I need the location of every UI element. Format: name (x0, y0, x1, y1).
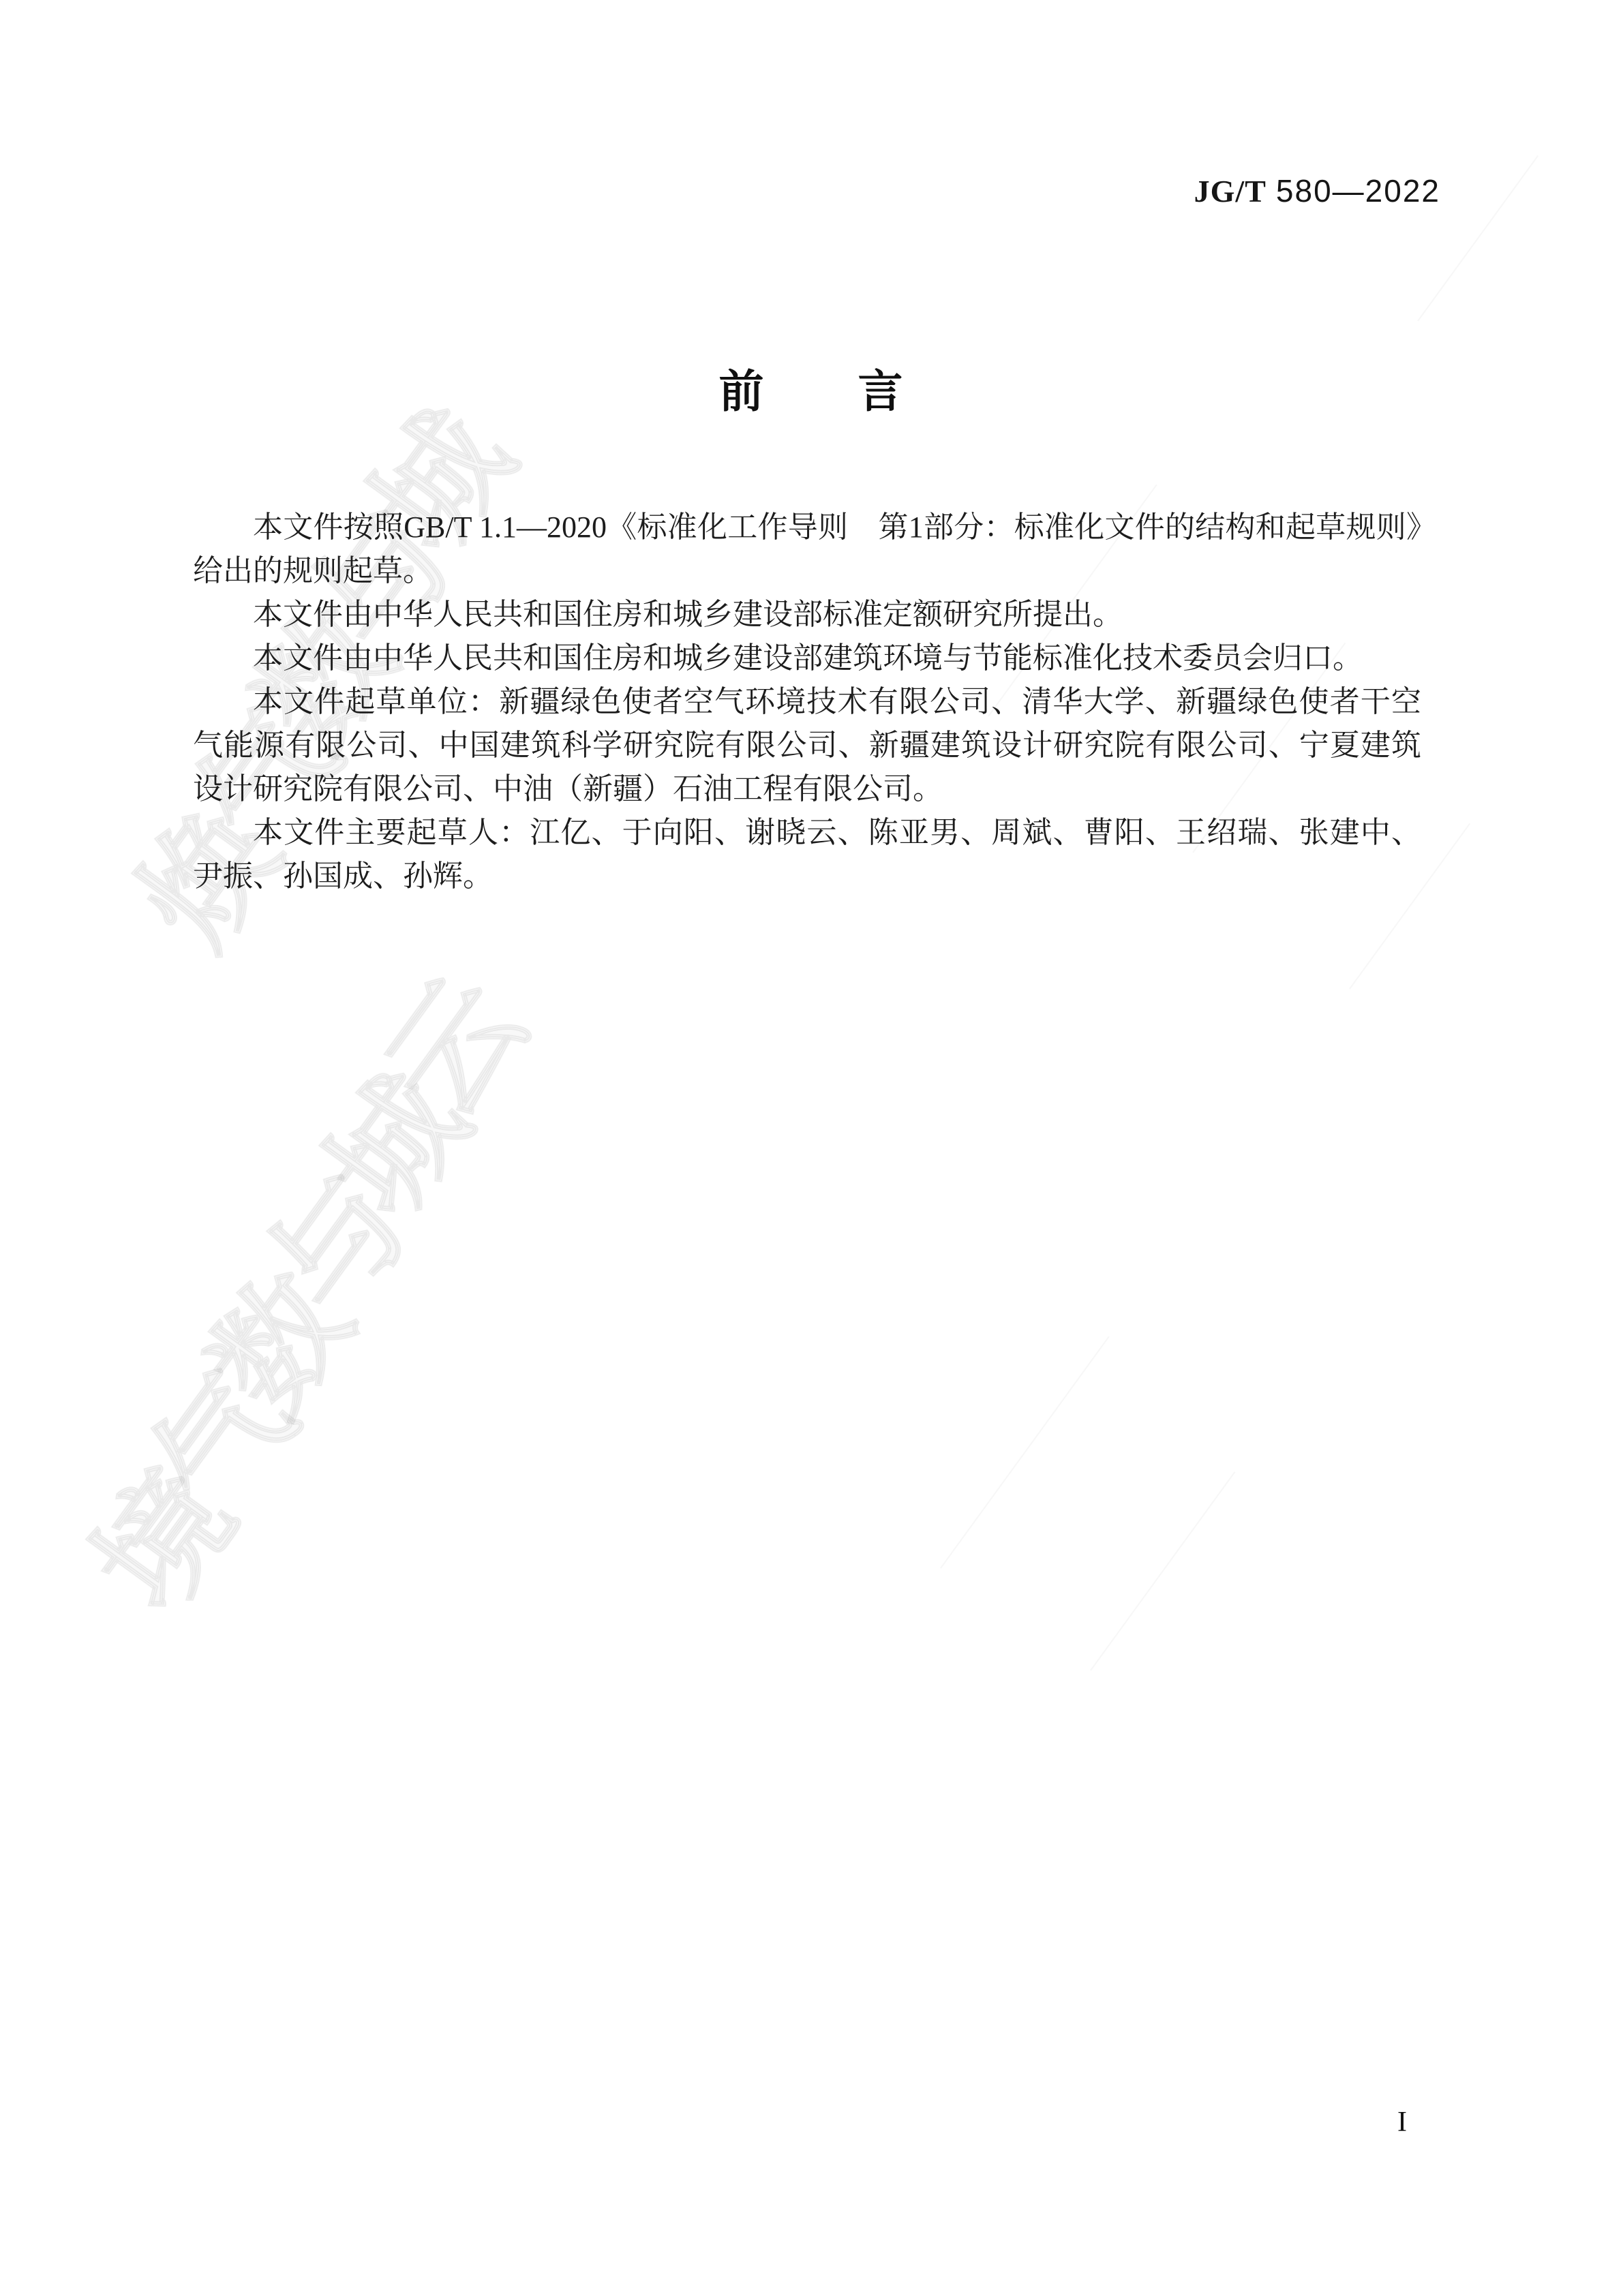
standard-code-number: 580—2022 (1276, 173, 1440, 209)
paragraph-under-committee: 本文件由中华人民共和国住房和城乡建设部建筑环境与节能标准化技术委员会归口。 (193, 637, 1421, 680)
paragraph-main-drafters: 本文件主要起草人：江亿、于向阳、谢晓云、陈亚男、周斌、曹阳、王绍瑞、张建中、尹振… (193, 811, 1421, 898)
watermark-stroke (940, 1336, 1109, 1569)
watermark-character: 云 (333, 933, 560, 1147)
watermark-character: 气 (102, 1328, 329, 1542)
watermark-character: 数 (160, 1229, 386, 1443)
standard-code-prefix: JG/T (1194, 174, 1266, 209)
foreword-title: 前 言 (0, 364, 1623, 418)
paragraph-proposed-by: 本文件由中华人民共和国住房和城乡建设部标准定额研究所提出。 (193, 593, 1421, 637)
watermark-stroke (1090, 1471, 1235, 1670)
watermark-character: 境 (44, 1427, 271, 1641)
page-number: I (1397, 2106, 1407, 2139)
document-page: 城 与 数 气 焕 云 城 与 数 气 境 JG/T580—2022 前 言 本… (0, 0, 1623, 2296)
foreword-body: 本文件按照GB/T 1.1—2020《标准化工作导则 第1部分：标准化文件的结构… (193, 506, 1421, 898)
paragraph-drafting-rules: 本文件按照GB/T 1.1—2020《标准化工作导则 第1部分：标准化文件的结构… (193, 506, 1421, 593)
watermark: 城 与 数 气 焕 云 城 与 数 气 境 (0, 0, 1623, 2296)
standard-code: JG/T580—2022 (1194, 173, 1440, 209)
watermark-character: 城 (275, 1032, 502, 1246)
paragraph-drafting-units: 本文件起草单位：新疆绿色使者空气环境技术有限公司、清华大学、新疆绿色使者干空气能… (193, 680, 1421, 811)
watermark-character: 与 (217, 1131, 444, 1345)
